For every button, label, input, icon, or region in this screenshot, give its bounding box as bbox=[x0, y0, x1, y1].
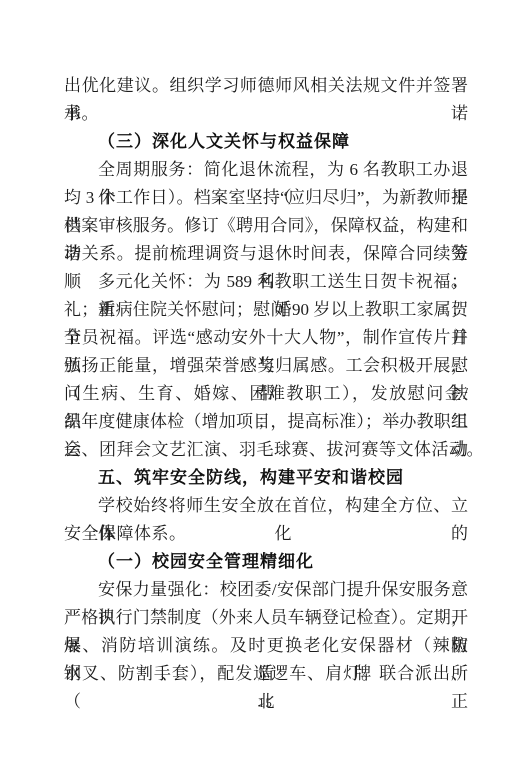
text-line: 出优化建议。组织学习师德师风相关法规文件并签署承诺 bbox=[64, 72, 468, 100]
text-line: 织年度健康体检（增加项目，提高标准）；举办教职工运动 bbox=[64, 408, 468, 436]
text-line: 钢叉、防割手套），配发巡逻车、肩灯。联合派出所（北正 bbox=[64, 660, 468, 688]
document-page: 出优化建议。组织学习师德师风相关法规文件并签署承诺书。（三）深化人文关怀与权益保… bbox=[0, 0, 531, 768]
text-line: 均 3 个工作日）。档案室坚持“应归尽归”，为新教师提供 bbox=[64, 184, 468, 212]
text-line: 会、团拜会文艺汇演、羽毛球赛、拔河赛等文体活动。 bbox=[64, 436, 468, 464]
page-number: 15 bbox=[0, 696, 531, 711]
text-line: 礼；重病住院关怀慰问；慰问 90 岁以上教职工家属；节日 bbox=[64, 296, 468, 324]
text-line: 弘扬正能量，增强荣誉感与归属感。工会积极开展慰问帮扶 bbox=[64, 352, 468, 380]
document-text-block: 出优化建议。组织学习师德师风相关法规文件并签署承诺书。（三）深化人文关怀与权益保… bbox=[64, 72, 468, 688]
text-line: 档案审核服务。修订《聘用合同》，保障权益，构建和谐劳 bbox=[64, 212, 468, 240]
section-heading: 五、筑牢安全防线，构建平安和谐校园 bbox=[64, 464, 468, 492]
text-line: 学校始终将师生安全放在首位，构建全方位、立体化的 bbox=[64, 492, 468, 520]
text-line: 全周期服务：简化退休流程，为 6 名教职工办退休（平 bbox=[64, 156, 468, 184]
section-heading: （三）深化人文关怀与权益保障 bbox=[64, 128, 468, 156]
section-heading: （一）校园安全管理精细化 bbox=[64, 548, 468, 576]
text-line: 严格执行门禁制度（外来人员车辆登记检查）。定期开展防 bbox=[64, 604, 468, 632]
text-line: 爆、消防培训演练。及时更换老化安保器材（辣椒水、盾牌、 bbox=[64, 632, 468, 660]
text-line: 全员祝福。评选“感动安外十大人物”，制作宣传片并颁奖， bbox=[64, 324, 468, 352]
text-line: 安保力量强化：校团委/安保部门提升保安服务意识， bbox=[64, 576, 468, 604]
text-line: 动关系。提前梳理调资与退休时间表，保障合同续签顺利。 bbox=[64, 240, 468, 268]
text-line: 多元化关怀：为 589 名教职工送生日贺卡祝福；新婚贺 bbox=[64, 268, 468, 296]
text-line: （生病、生育、婚嫁、困难教职工），发放慰问金/品；组 bbox=[64, 380, 468, 408]
